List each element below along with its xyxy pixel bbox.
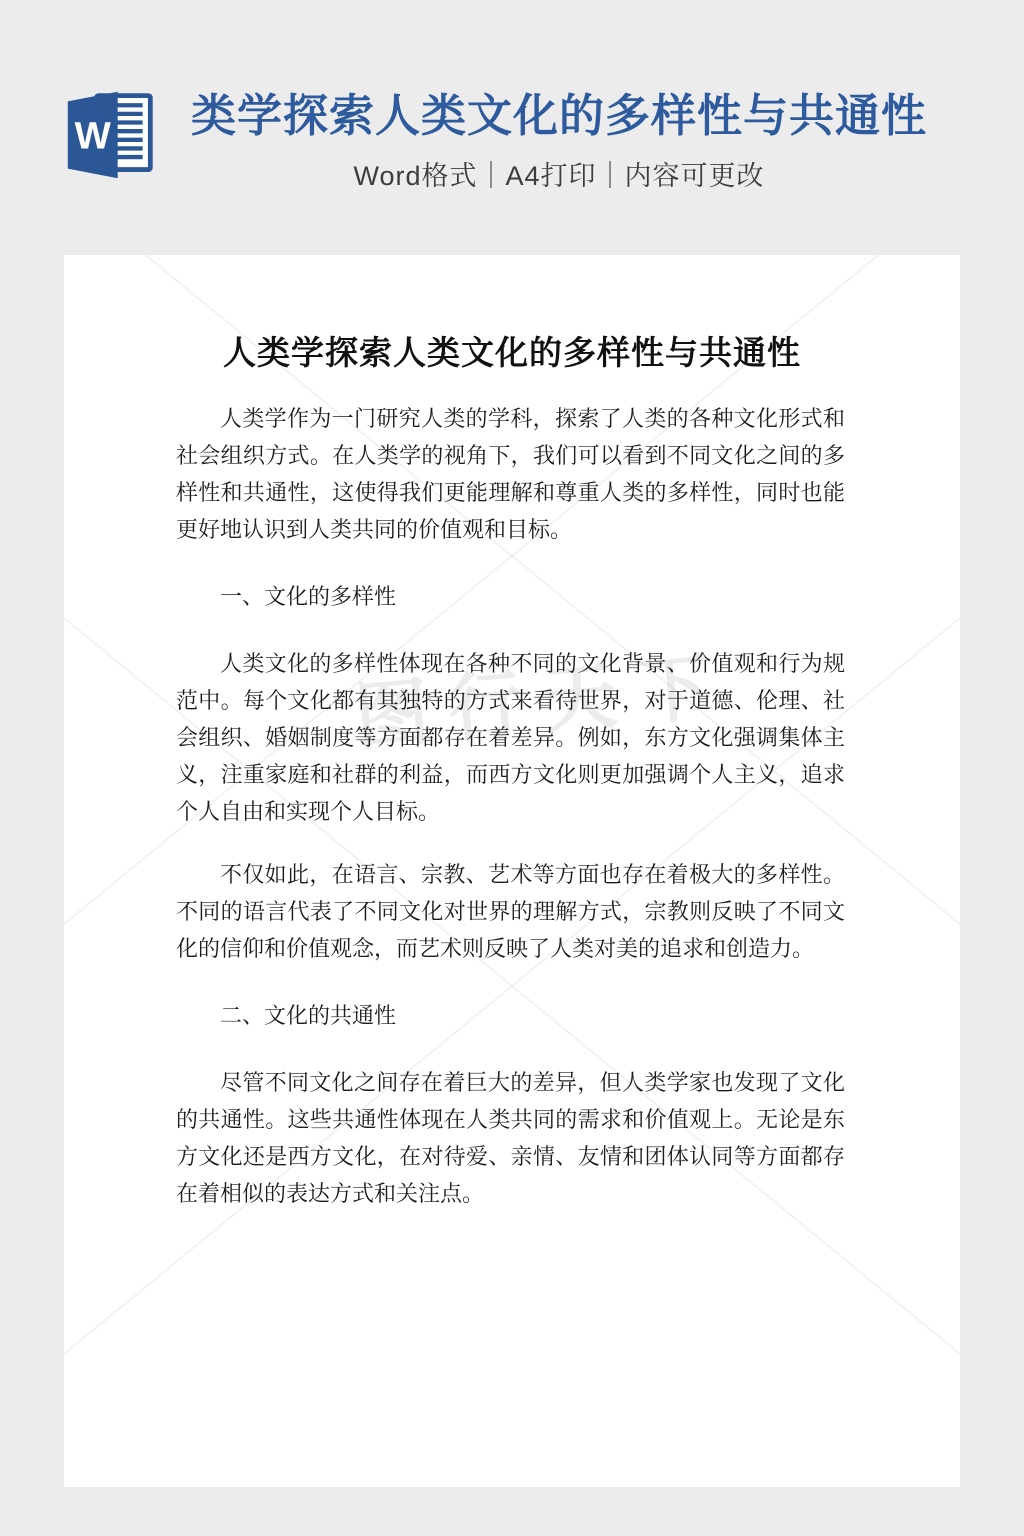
word-icon: W [62,88,158,182]
document-card: 图行天下 人类学探索人类文化的多样性与共通性 人类学作为一门研究人类的学科，探索… [64,255,960,1487]
svg-text:W: W [75,114,112,157]
paragraph-2: 人类文化的多样性体现在各种不同的文化背景、价值观和行为规范中。每个文化都有其独特… [176,645,845,830]
header: W 类学探索人类文化的多样性与共通性 Word格式｜A4打印｜内容可更改 [62,88,960,193]
header-title: 类学探索人类文化的多样性与共通性 [158,90,960,142]
paragraph-4: 尽管不同文化之间存在着巨大的差异，但人类学家也发现了文化的共通性。这些共通性体现… [176,1064,845,1212]
paragraph-1: 人类学作为一门研究人类的学科，探索了人类的各种文化形式和社会组织方式。在人类学的… [176,400,845,548]
header-subtitle: Word格式｜A4打印｜内容可更改 [158,154,960,193]
document-body: 人类学作为一门研究人类的学科，探索了人类的各种文化形式和社会组织方式。在人类学的… [176,400,845,1212]
section-heading-1: 一、文化的多样性 [176,578,845,615]
document-title: 人类学探索人类文化的多样性与共通性 [64,327,960,374]
header-text: 类学探索人类文化的多样性与共通性 Word格式｜A4打印｜内容可更改 [158,88,960,193]
word-icon-graphic: W [62,88,158,182]
paragraph-3: 不仅如此，在语言、宗教、艺术等方面也存在着极大的多样性。不同的语言代表了不同文化… [176,856,845,967]
section-heading-2: 二、文化的共通性 [176,997,845,1034]
